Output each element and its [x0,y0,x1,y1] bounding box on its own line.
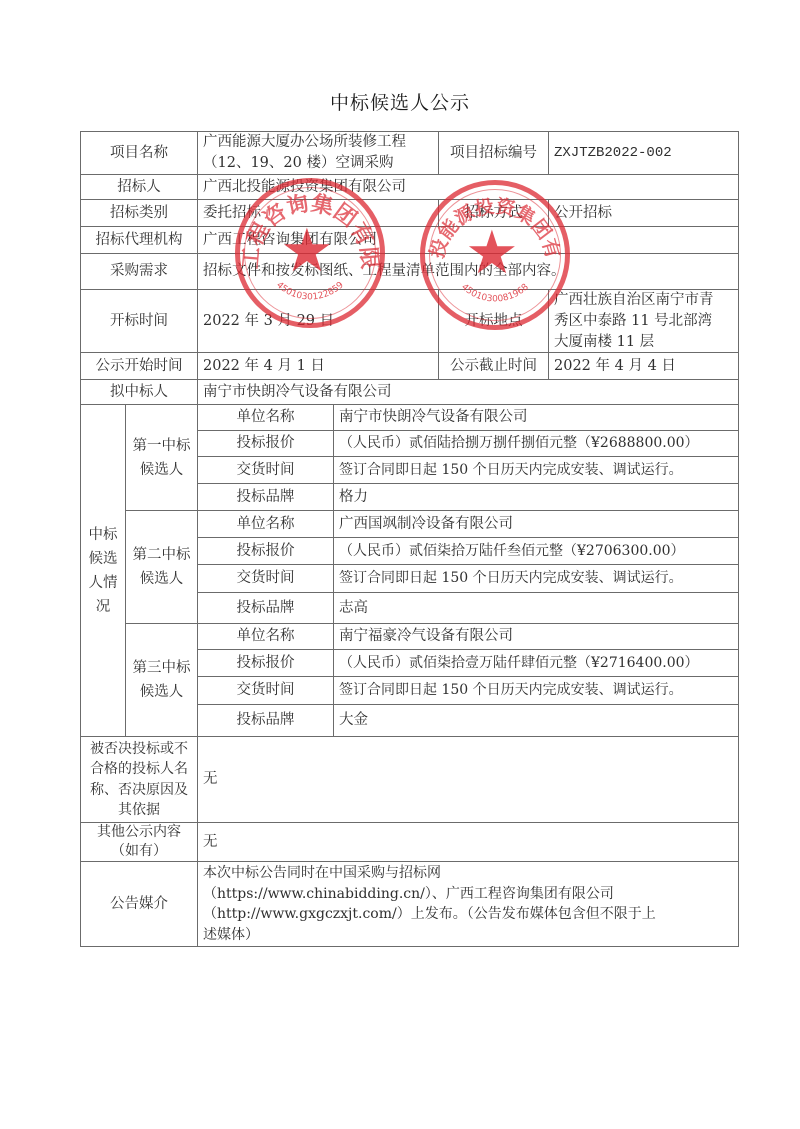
candidate-1-unit-value: 南宁市快朗冷气设备有限公司 [333,404,739,431]
rejected-label-line: 称、否决原因及 [90,780,188,801]
project-number-value: ZXJTZB2022-002 [548,131,739,175]
rank-line: 候选人 [140,458,184,482]
candidates-section-label: 中标 候选 人情 况 [80,404,126,737]
project-name-line2: （12、19、20 楼）空调采购 [203,153,393,174]
rejected-value: 无 [197,736,739,823]
project-number-label: 项目招标编号 [438,131,549,175]
candidate-2-brand-value: 志高 [333,592,739,624]
proposed-winner-label: 拟中标人 [80,379,198,405]
document-title: 中标候选人公示 [0,88,800,115]
method-label: 招标方式 [438,199,549,227]
candidate-2-delivery-value: 签订合同即日起 150 个日历天内完成安装、调试运行。 [333,564,739,593]
media-value: 本次中标公告同时在中国采购与招标网 （https://www.chinabidd… [197,861,739,947]
media-line2: （https://www.chinabidding.cn/）、广西工程咨询集团有… [203,884,614,905]
media-line4: 述媒体） [203,925,259,946]
section-label-line: 人情 [89,571,118,595]
media-line1: 本次中标公告同时在中国采购与招标网 [203,863,441,884]
other-label-line: 其他公示内容 [97,823,181,842]
candidate-2-price-label: 投标报价 [197,537,334,565]
candidate-3-price-label: 投标报价 [197,649,334,677]
proposed-winner-value: 南宁市快朗冷气设备有限公司 [197,379,739,405]
rank-line: 候选人 [140,680,184,704]
candidate-3-delivery-label: 交货时间 [197,676,334,705]
other-content-value: 无 [197,822,739,862]
tenderer-value: 广西北投能源投资集团有限公司 [197,174,739,200]
candidate-3-brand-label: 投标品牌 [197,704,334,737]
media-label: 公告媒介 [80,861,198,947]
agency-label: 招标代理机构 [80,226,198,254]
candidate-1-brand-label: 投标品牌 [197,483,334,511]
demand-label: 采购需求 [80,253,198,290]
opening-place-line2: 秀区中泰路 11 号北部湾 [554,311,712,332]
other-content-label: 其他公示内容 （如有） [80,822,198,862]
demand-value: 招标文件和按发标图纸、工程量清单范围内的全部内容。 [197,253,739,290]
opening-place-line3: 大厦南楼 11 层 [554,332,654,353]
candidate-2-rank: 第二中标 候选人 [125,510,198,624]
opening-place-line1: 广西壮族自治区南宁市青 [554,290,714,311]
project-name-line1: 广西能源大厦办公场所装修工程 [203,132,406,153]
opening-time-value: 2022 年 3 月 29 日 [197,289,439,353]
candidate-3-delivery-value: 签订合同即日起 150 个日历天内完成安装、调试运行。 [333,676,739,705]
project-name-label: 项目名称 [80,131,198,175]
candidate-2-unit-label: 单位名称 [197,510,334,538]
section-label-line: 况 [96,595,111,619]
publicity-end-value: 2022 年 4 月 4 日 [548,352,739,380]
candidate-3-price-value: （人民币）贰佰柒拾壹万陆仟肆佰元整（¥2716400.00） [333,649,739,677]
candidate-1-unit-label: 单位名称 [197,404,334,431]
project-name-value: 广西能源大厦办公场所装修工程 （12、19、20 楼）空调采购 [197,131,439,175]
publicity-start-value: 2022 年 4 月 1 日 [197,352,439,380]
candidate-3-unit-value: 南宁福豪冷气设备有限公司 [333,623,739,650]
rank-line: 候选人 [140,567,184,591]
rejected-label-line: 被否决投标或不 [90,739,188,760]
candidate-3-unit-label: 单位名称 [197,623,334,650]
rank-line: 第二中标 [133,543,191,567]
candidate-1-price-value: （人民币）贰佰陆拾捌万捌仟捌佰元整（¥2688800.00） [333,430,739,457]
category-value: 委托招标 [197,199,439,227]
agency-value: 广西工程咨询集团有限公司 [197,226,739,254]
rank-line: 第一中标 [133,434,191,458]
candidate-2-delivery-label: 交货时间 [197,564,334,593]
candidate-2-brand-label: 投标品牌 [197,592,334,624]
candidate-1-delivery-value: 签订合同即日起 150 个日历天内完成安装、调试运行。 [333,456,739,484]
opening-place-value: 广西壮族自治区南宁市青 秀区中泰路 11 号北部湾 大厦南楼 11 层 [548,289,739,353]
publicity-start-label: 公示开始时间 [80,352,198,380]
rejected-label-line: 合格的投标人名 [90,759,188,780]
rejected-label-line: 其依据 [118,800,160,821]
candidate-2-unit-value: 广西国飒制冷设备有限公司 [333,510,739,538]
tenderer-label: 招标人 [80,174,198,200]
method-value: 公开招标 [548,199,739,227]
candidate-1-brand-value: 格力 [333,483,739,511]
other-label-line: （如有） [111,842,167,861]
candidate-2-price-value: （人民币）贰佰柒拾万陆仟叁佰元整（¥2706300.00） [333,537,739,565]
opening-time-label: 开标时间 [80,289,198,353]
media-line3: （http://www.gxgczxjt.com/）上发布。（公告发布媒体包含但… [203,904,656,925]
candidate-1-price-label: 投标报价 [197,430,334,457]
publicity-end-label: 公示截止时间 [438,352,549,380]
section-label-line: 候选 [89,547,118,571]
section-label-line: 中标 [89,523,118,547]
candidate-1-rank: 第一中标 候选人 [125,404,198,511]
opening-place-label: 开标地点 [438,289,549,353]
rank-line: 第三中标 [133,656,191,680]
rejected-label: 被否决投标或不 合格的投标人名 称、否决原因及 其依据 [80,736,198,823]
candidate-3-brand-value: 大金 [333,704,739,737]
candidate-3-rank: 第三中标 候选人 [125,623,198,737]
candidate-1-delivery-label: 交货时间 [197,456,334,484]
category-label: 招标类别 [80,199,198,227]
